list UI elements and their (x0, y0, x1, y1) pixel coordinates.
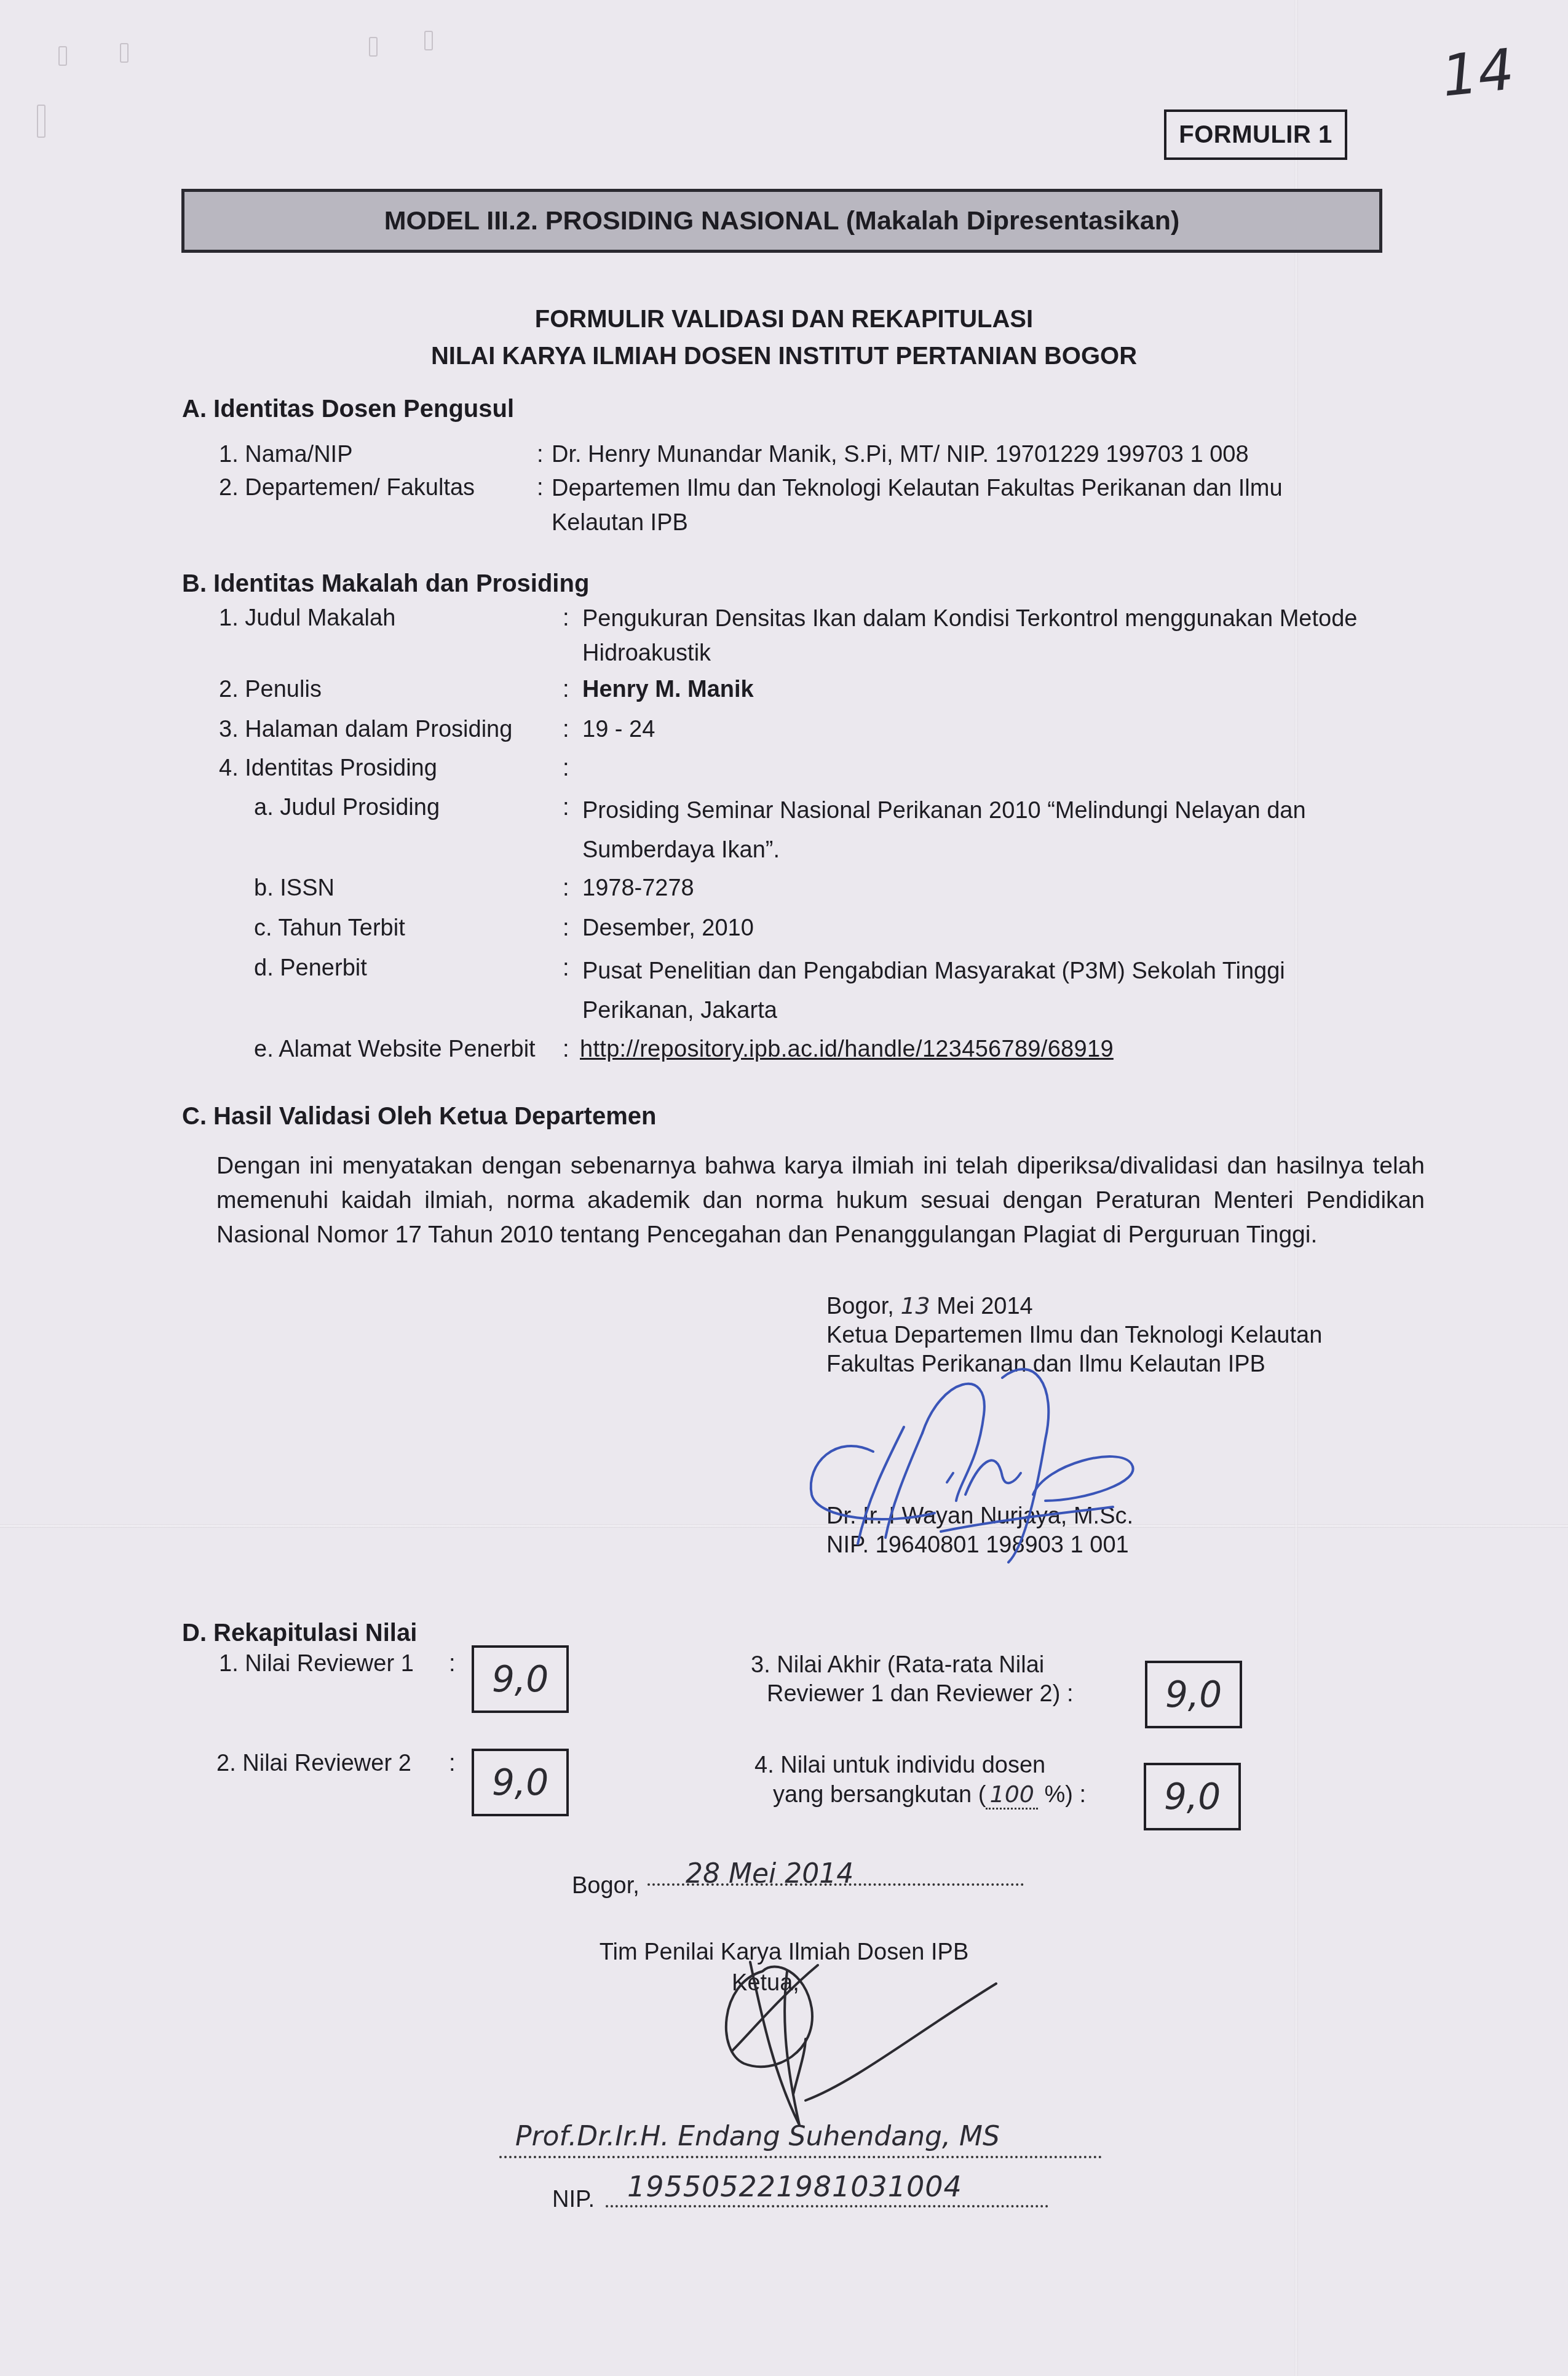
field-label: 2. Departemen/ Fakultas (219, 475, 475, 501)
chair-name-dotted-line (499, 2156, 1102, 2158)
model-banner: MODEL III.2. PROSIDING NASIONAL (Makalah… (181, 189, 1382, 253)
field-value: Dr. Henry Munandar Manik, S.Pi, MT/ NIP.… (552, 442, 1249, 468)
individual-score-label-line-2: yang bersangkutan (100 %) : (754, 1780, 1086, 1810)
field-colon: : (563, 605, 569, 632)
date-place: Bogor, (826, 1293, 894, 1319)
field-label: b. ISSN (254, 875, 335, 902)
reviewer1-label: 1. Nilai Reviewer 1 (219, 1650, 414, 1679)
section-d-heading: D. Rekapitulasi Nilai (182, 1619, 417, 1647)
final-score-label-line-2: Reviewer 1 dan Reviewer 2) : (751, 1680, 1073, 1709)
staple-mark (58, 46, 67, 66)
individual-score-label: 4. Nilai untuk individu dosen yang bersa… (754, 1751, 1086, 1810)
field-label: a. Judul Prosiding (254, 795, 440, 821)
field-label: e. Alamat Website Penerbit (254, 1036, 536, 1063)
field-colon: : (563, 795, 569, 821)
individual-score: 9,0 (1144, 1763, 1241, 1830)
section-c-heading: C. Hasil Validasi Oleh Ketua Departemen (182, 1103, 656, 1130)
section-a-heading: A. Identitas Dosen Pengusul (182, 395, 514, 423)
chair-name-handwritten: Prof.Dr.Ir.H. Endang Suhendang, MS (515, 2122, 1000, 2151)
team-chair-signature (707, 1947, 1027, 2125)
reviewer2-score: 9,0 (472, 1749, 569, 1816)
department-head-signature (799, 1341, 1181, 1575)
field-value: Pengukuran Densitas Ikan dalam Kondisi T… (582, 602, 1376, 670)
staple-mark (369, 37, 378, 57)
field-value: Prosiding Seminar Nasional Perikanan 201… (582, 791, 1345, 870)
field-colon: : (563, 955, 569, 982)
field-label: 4. Identitas Prosiding (219, 755, 437, 782)
handwritten-page-number: 14 (1439, 36, 1518, 109)
form-title-line-1: FORMULIR VALIDASI DAN REKAPITULASI (0, 306, 1568, 333)
individual-score-label-line-1: 4. Nilai untuk individu dosen (754, 1751, 1086, 1780)
field-value: Henry M. Manik (582, 677, 754, 703)
field-colon: : (563, 875, 569, 902)
field-colon: : (563, 677, 569, 703)
validation-date: Bogor, 13 Mei 2014 (826, 1292, 1322, 1321)
final-score-label: 3. Nilai Akhir (Rata-rata Nilai Reviewer… (751, 1651, 1073, 1709)
field-colon: : (563, 1036, 569, 1063)
field-value: Pusat Penelitian dan Pengabdian Masyarak… (582, 952, 1320, 1030)
validation-statement: Dengan ini menyatakan dengan sebenarnya … (216, 1149, 1425, 1252)
section-b-heading: B. Identitas Makalah dan Prosiding (182, 570, 589, 598)
form-title-line-2: NILAI KARYA ILMIAH DOSEN INSTITUT PERTAN… (0, 343, 1568, 370)
reviewer2-label: 2. Nilai Reviewer 2 (216, 1749, 411, 1778)
chair-nip-handwritten: 195505221981031004 (627, 2172, 962, 2201)
final-score-label-line-1: 3. Nilai Akhir (Rata-rata Nilai (751, 1651, 1073, 1680)
field-value: 1978-7278 (582, 875, 694, 902)
staple-mark (120, 43, 129, 63)
field-colon: : (563, 717, 569, 743)
field-value: Desember, 2010 (582, 915, 754, 942)
field-label: 2. Penulis (219, 677, 322, 703)
individual-label-suffix: %) : (1038, 1782, 1086, 1808)
field-label: c. Tahun Terbit (254, 915, 405, 942)
field-colon: : (563, 915, 569, 942)
chair-nip-label: NIP. (552, 2185, 595, 2214)
individual-label-prefix: yang bersangkutan ( (773, 1782, 986, 1808)
field-colon: : (563, 755, 569, 782)
field-colon: : (537, 442, 544, 468)
form-label: FORMULIR 1 (1164, 109, 1347, 160)
field-label: d. Penerbit (254, 955, 367, 982)
reviewer1-score: 9,0 (472, 1645, 569, 1713)
individual-percent-handwritten: 100 (986, 1781, 1038, 1810)
field-colon: : (537, 475, 544, 501)
field-value: 19 - 24 (582, 717, 655, 743)
nip-dotted-line (606, 2205, 1048, 2207)
field-colon: : (449, 1749, 456, 1778)
staple-mark (424, 31, 433, 50)
date-month-year: Mei 2014 (936, 1293, 1032, 1319)
footer-date-handwritten: 28 Mei 2014 (686, 1859, 853, 1888)
field-label: 1. Judul Makalah (219, 605, 395, 632)
footer-place: Bogor, (572, 1872, 639, 1901)
field-label: 3. Halaman dalam Prosiding (219, 717, 512, 743)
final-score: 9,0 (1145, 1661, 1242, 1728)
field-label: 1. Nama/NIP (219, 442, 353, 468)
staple-mark (37, 105, 46, 138)
publisher-website-link[interactable]: http://repository.ipb.ac.id/handle/12345… (580, 1036, 1114, 1063)
paper-fold (0, 1524, 1568, 1528)
field-colon: : (449, 1650, 456, 1679)
field-value: Departemen Ilmu dan Teknologi Kelautan F… (552, 471, 1363, 540)
date-day-handwritten: 13 (900, 1292, 930, 1319)
